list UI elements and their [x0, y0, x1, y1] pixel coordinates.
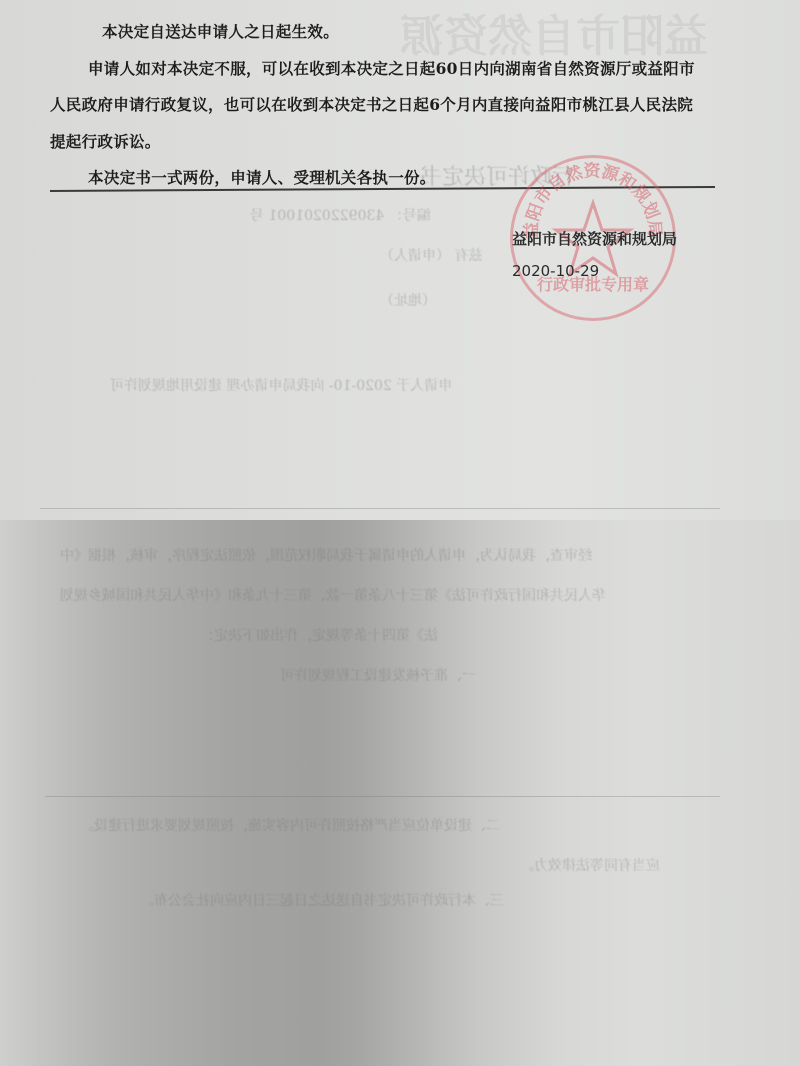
bleed-through-line: 申请人于 2020-10- 向我局申请办理 建设用地规划许可	[110, 375, 452, 395]
bleed-through-line: 一、准予核发建设工程规划许可	[280, 665, 476, 685]
bleed-through-line: 法》第四十条等规定，作出如下决定：	[200, 625, 438, 645]
bleed-rule	[40, 508, 720, 509]
bleed-through-line: 应当有同等法律效力。	[520, 855, 660, 875]
issue-date: 2020-10-29	[512, 262, 599, 280]
paragraph-appeal-line1: 申请人如对本决定不服，可以在收到本决定之日起60日内向湖南省自然资源厅或益阳市	[88, 57, 695, 79]
bleed-through-header-title: 益阳市自然资源	[400, 0, 708, 64]
bleed-through-line: 编号： 4309220201001 号	[250, 205, 431, 225]
paragraph-copies: 本决定书一式两份，申请人、受理机关各执一份。	[88, 166, 436, 188]
bleed-through-line: 兹有 （申请人）	[380, 245, 482, 265]
paragraph-effective: 本决定自送达申请人之日起生效。	[102, 20, 339, 42]
bleed-through-line: 华人民共和国行政许可法》第三十八条第一款、第三十九条和《中华人民共和国城乡规划	[60, 585, 606, 605]
bleed-rule	[45, 796, 720, 797]
paragraph-appeal-line3: 提起行政诉讼。	[50, 130, 161, 152]
bleed-through-line: （地址）	[380, 290, 436, 310]
bleed-through-line: 三、本行政许可决定书自送达之日起三日内应向社会公布。	[140, 890, 504, 910]
bleed-through-line: 二、建设单位应当严格按照许可内容实施，按照规划要求进行建设。	[80, 815, 500, 835]
issuer-name: 益阳市自然资源和规划局	[512, 228, 677, 249]
bleed-through-line: 经审查，我局认为，申请人的申请属于我局职权范围，依照法定程序，审核，根据《中	[60, 545, 592, 565]
paragraph-appeal-line2: 人民政府申请行政复议，也可以在收到本决定书之日起6个月内直接向益阳市桃江县人民法…	[50, 93, 693, 115]
